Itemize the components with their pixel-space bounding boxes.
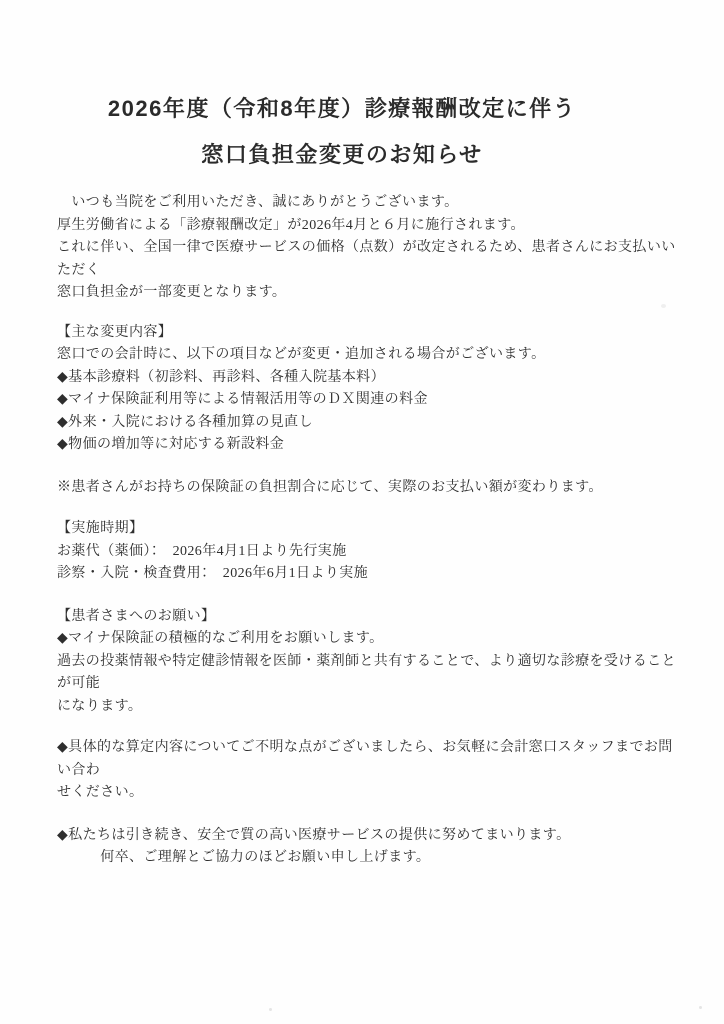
notice-title-line-2: 窓口負担金変更のお知らせ — [0, 132, 704, 178]
schedule-section: 【実施時期】 お薬代（薬価）： 2026年4月1日より先行実施 診察・入院・検査… — [57, 518, 676, 586]
intro-line: これに伴い、全国一律で医療サービスの価格（点数）が改定されるため、患者さんにお支… — [57, 237, 676, 282]
scan-artifact-speck — [699, 1006, 702, 1009]
scan-artifact-speck — [661, 304, 666, 308]
inquiry-paragraph: ◆具体的な算定内容についてご不明な点がございましたら、お気軽に会計窓口スタッフま… — [57, 737, 676, 805]
closing-line: ◆私たちは引き続き、安全で質の高い医療サービスの提供に努めてまいります。 — [57, 825, 676, 848]
intro-line: 厚生労働省による「診療報酬改定」が2026年4月と６月に施行されます。 — [57, 215, 676, 238]
intro-line: 窓口負担金が一部変更となります。 — [57, 282, 676, 305]
changes-section: 【主な変更内容】 窓口での会計時に、以下の項目などが変更・追加される場合がござい… — [57, 322, 676, 457]
inquiry-line: せください。 — [57, 782, 676, 805]
changes-section-heading: 【主な変更内容】 — [57, 322, 676, 345]
closing-paragraph: ◆私たちは引き続き、安全で質の高い医療サービスの提供に努めてまいります。 何卒、… — [57, 825, 676, 870]
payment-note: ※患者さんがお持ちの保険証の負担割合に応じて、実際のお支払い額が変わります。 — [57, 477, 676, 500]
request-section: 【患者さまへのお願い】 ◆マイナ保険証の積極的なご利用をお願いします。 過去の投… — [57, 606, 676, 719]
schedule-line: お薬代（薬価）： 2026年4月1日より先行実施 — [57, 541, 676, 564]
intro-line: いつも当院をご利用いただき、誠にありがとうございます。 — [57, 192, 676, 215]
request-line: ◆マイナ保険証の積極的なご利用をお願いします。 — [57, 628, 676, 651]
changes-bullet-item: ◆物価の増加等に対応する新設料金 — [57, 434, 676, 457]
schedule-section-heading: 【実施時期】 — [57, 518, 676, 541]
request-line: になります。 — [57, 696, 676, 719]
changes-bullet-item: ◆外来・入院における各種加算の見直し — [57, 412, 676, 435]
notice-title-line-1: 2026年度（令和8年度）診療報酬改定に伴う — [0, 86, 704, 132]
schedule-line: 診察・入院・検査費用： 2026年6月1日より実施 — [57, 563, 676, 586]
closing-line: 何卒、ご理解とご協力のほどお願い申し上げます。 — [57, 847, 676, 870]
inquiry-line: ◆具体的な算定内容についてご不明な点がございましたら、お気軽に会計窓口スタッフま… — [57, 737, 676, 782]
intro-paragraph: いつも当院をご利用いただき、誠にありがとうございます。 厚生労働省による「診療報… — [57, 192, 676, 305]
changes-bullet-item: ◆マイナ保険証利用等による情報活用等のＤＸ関連の料金 — [57, 389, 676, 412]
request-line: 過去の投薬情報や特定健診情報を医師・薬剤師と共有することで、より適切な診療を受け… — [57, 651, 676, 696]
notice-title: 2026年度（令和8年度）診療報酬改定に伴う 窓口負担金変更のお知らせ — [0, 0, 704, 178]
request-section-heading: 【患者さまへのお願い】 — [57, 606, 676, 629]
scan-artifact-speck — [269, 1008, 272, 1011]
notice-body: いつも当院をご利用いただき、誠にありがとうございます。 厚生労働省による「診療報… — [57, 192, 676, 870]
payment-note-line: ※患者さんがお持ちの保険証の負担割合に応じて、実際のお支払い額が変わります。 — [57, 477, 676, 500]
changes-section-lead: 窓口での会計時に、以下の項目などが変更・追加される場合がございます。 — [57, 344, 676, 367]
scanned-notice-page: 2026年度（令和8年度）診療報酬改定に伴う 窓口負担金変更のお知らせ いつも当… — [0, 0, 724, 1024]
changes-bullet-item: ◆基本診療料（初診料、再診料、各種入院基本料） — [57, 367, 676, 390]
